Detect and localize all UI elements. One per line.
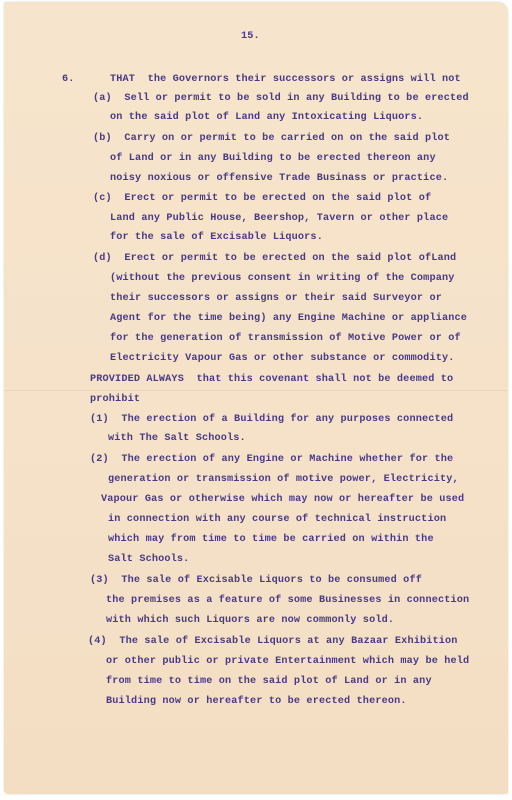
text-line: in connection with any course of technic… [108, 514, 446, 525]
text-line: which may from time to time be carried o… [108, 534, 434, 545]
text-line: generation or transmission of motive pow… [108, 474, 459, 485]
text-line: the premises as a feature of some Busine… [106, 595, 469, 606]
text-line: for the sale of Excisable Liquors. [110, 232, 323, 243]
text-line: (c) Erect or permit to be erected on the… [93, 193, 431, 204]
text-line: (4) The sale of Excisable Liquors at any… [88, 636, 458, 647]
paper-fold-line [4, 390, 508, 391]
text-line: (b) Carry on or permit to be carried on … [93, 133, 450, 144]
page-number: 15. [241, 31, 260, 42]
text-line: (d) Erect or permit to be erected on the… [93, 253, 456, 264]
text-line: on the said plot of Land any Intoxicatin… [110, 112, 423, 123]
text-line: for the generation of transmission of Mo… [110, 333, 461, 344]
text-line: (2) The erection of any Engine or Machin… [90, 454, 453, 465]
text-line: Building now or hereafter to be erected … [106, 696, 407, 707]
text-line: of Land or in any Building to be erected… [110, 153, 436, 164]
text-line: with The Salt Schools. [108, 433, 246, 444]
text-line: (1) The erection of a Building for any p… [90, 414, 453, 425]
text-line: their successors or assigns or their sai… [110, 293, 442, 304]
text-line: PROVIDED ALWAYS that this covenant shall… [90, 374, 453, 385]
text-line: with which such Liquors are now commonly… [106, 615, 394, 626]
text-line: (without the previous consent in writing… [110, 273, 455, 284]
text-line: THAT the Governors their successors or a… [110, 74, 461, 85]
text-line: prohibit [90, 394, 140, 405]
text-line: Salt Schools. [108, 554, 189, 565]
text-line: Agent for the time being) any Engine Mac… [110, 313, 467, 324]
text-line: Land any Public House, Beershop, Tavern … [110, 213, 448, 224]
clause-number: 6. [62, 74, 75, 85]
text-line: Vapour Gas or otherwise which may now or… [101, 494, 464, 505]
text-line: from time to time on the said plot of La… [106, 676, 432, 687]
text-line: or other public or private Entertainment… [106, 656, 469, 667]
text-line: (a) Sell or permit to be sold in any Bui… [93, 93, 469, 104]
text-line: noisy noxious or offensive Trade Businas… [110, 173, 448, 184]
text-line: Electricity Vapour Gas or other substanc… [110, 353, 455, 364]
text-line: (3) The sale of Excisable Liquors to be … [90, 575, 422, 586]
